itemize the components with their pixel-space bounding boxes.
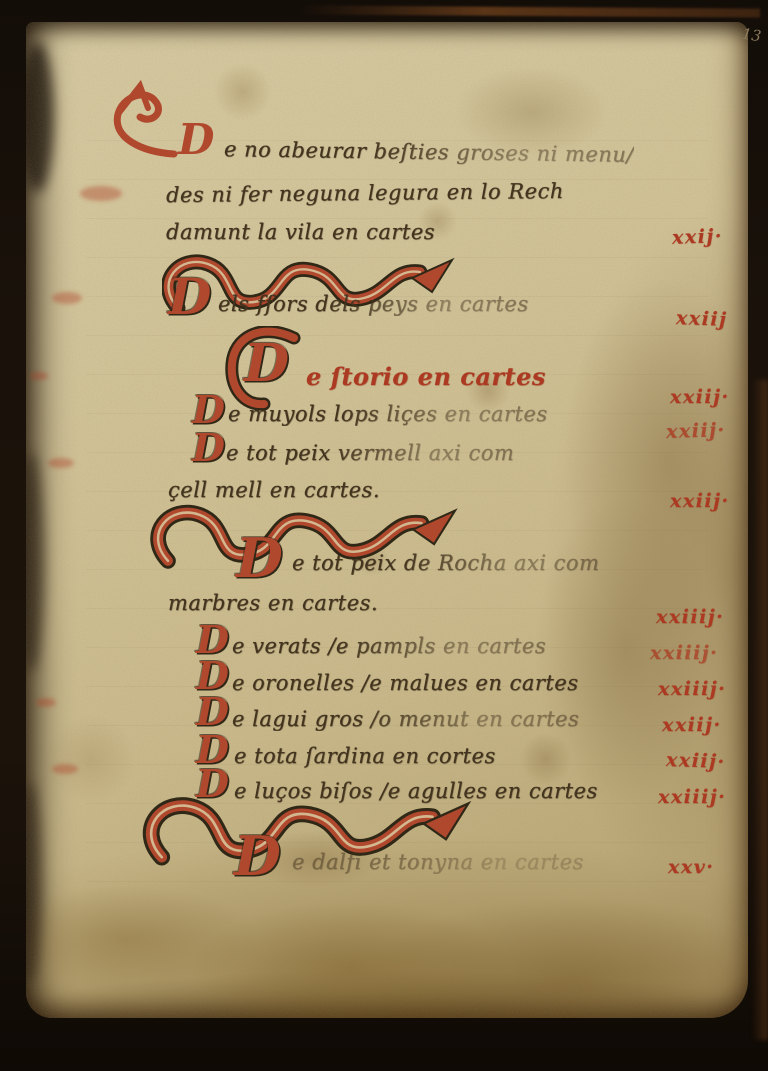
entry-line: damunt la vila en cartes bbox=[166, 220, 435, 244]
folio-reference: xxiij· bbox=[662, 714, 722, 736]
initial-flourish-ornament bbox=[96, 78, 188, 162]
illuminated-initial: D bbox=[234, 834, 281, 880]
entry-line: e tota ſardina en cortes bbox=[234, 744, 496, 768]
ink-offset-stain bbox=[80, 186, 122, 201]
folio-reference: xxiij· bbox=[666, 419, 726, 443]
entry-line: e lagui gros /o menut en cartes bbox=[232, 707, 579, 731]
illuminated-initial: D bbox=[196, 660, 229, 692]
illuminated-initial: D bbox=[236, 536, 283, 582]
folio-reference: xxiiij· bbox=[658, 678, 726, 700]
ink-offset-stain bbox=[52, 292, 82, 304]
illuminated-initial: D bbox=[192, 432, 225, 464]
folio-reference: xxiiij· bbox=[658, 786, 726, 808]
entry-line: e tot peix de Rocha axi com bbox=[292, 551, 599, 575]
entry-line: marbres en cartes. bbox=[168, 591, 378, 615]
folio-reference: xxiij· bbox=[670, 386, 730, 408]
illuminated-initial: D bbox=[196, 696, 229, 728]
folio-reference: xxiij· bbox=[670, 490, 730, 512]
folio-reference: xxij· bbox=[672, 225, 724, 249]
photograph-background: 13 D e no abeurar beſties groses ni menu… bbox=[0, 0, 768, 1071]
text-block: 13 D e no abeurar beſties groses ni menu… bbox=[0, 0, 768, 1071]
illuminated-initial: D bbox=[196, 624, 229, 656]
illuminated-initial: D bbox=[168, 276, 211, 319]
entry-line: e oronelles /e malues en cartes bbox=[232, 671, 579, 695]
entry-line: e verats /e pampls en cartes bbox=[232, 634, 546, 658]
folio-number-pencil: 13 bbox=[741, 25, 762, 45]
entry-line: e ſtorio en cartes bbox=[306, 362, 546, 391]
entry-line: e dalfi et tonyna en cartes bbox=[292, 850, 584, 874]
ink-offset-stain bbox=[36, 698, 56, 707]
ink-offset-stain bbox=[52, 764, 78, 774]
ink-offset-stain bbox=[30, 372, 48, 380]
folio-reference: xxiij bbox=[676, 307, 728, 331]
entry-line: e no abeurar beſties groses ni menu/ bbox=[224, 137, 634, 167]
illuminated-initial: D bbox=[192, 394, 225, 426]
illuminated-initial: D bbox=[244, 342, 289, 386]
folio-reference: xxiiij· bbox=[656, 606, 724, 628]
entry-line: els ffors dels peys en cartes bbox=[218, 292, 529, 316]
ink-offset-stain bbox=[48, 458, 74, 468]
entry-line: des ni fer neguna legura en lo Rech bbox=[166, 179, 564, 207]
folio-reference: xxiij· bbox=[666, 749, 726, 773]
folio-reference: xxv· bbox=[668, 856, 714, 878]
entry-line: e tot peix vermell axi com bbox=[226, 441, 514, 465]
folio-reference: xxiiij· bbox=[650, 642, 718, 664]
illuminated-initial: D bbox=[178, 122, 214, 158]
entry-line: e muyols lops liçes en cartes bbox=[228, 402, 548, 426]
